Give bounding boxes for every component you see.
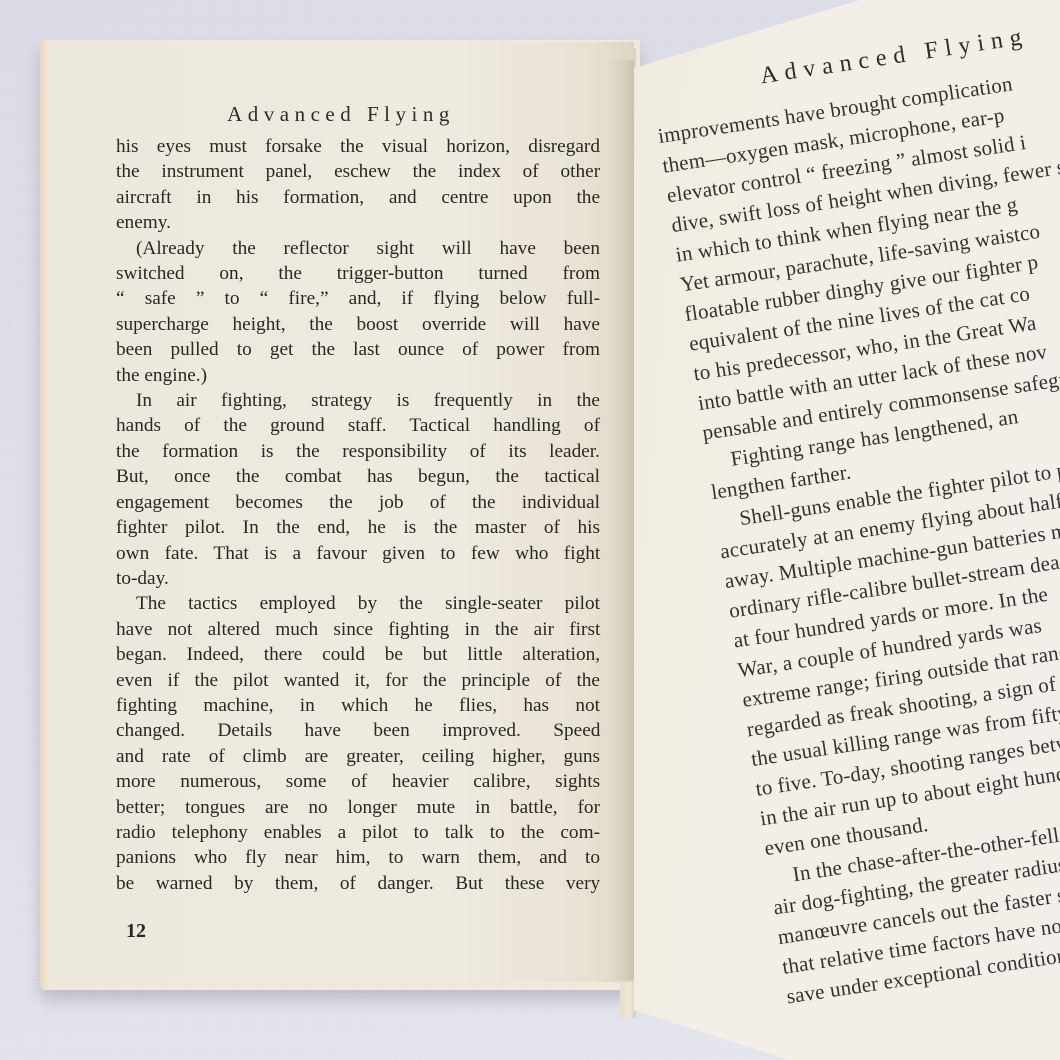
text-line: been pulled to get the last ounce of pow…	[116, 337, 600, 362]
text-line: hands of the ground staff. Tactical hand…	[116, 413, 600, 438]
page-number: 12	[126, 920, 146, 943]
text-line: radio telephony enables a pilot to talk …	[116, 820, 600, 845]
right-page-viewport: Advanced Flying improvements have brough…	[634, 0, 1060, 1060]
book-gutter	[608, 60, 634, 980]
text-line: fighting machine, in which he flies, has…	[116, 693, 600, 718]
text-line: But, once the combat has begun, the tact…	[116, 464, 600, 489]
text-line: own fate. That is a favour given to few …	[116, 541, 600, 566]
text-line: panions who fly near him, to warn them, …	[116, 845, 600, 870]
text-line: the formation is the responsibility of i…	[116, 439, 600, 464]
text-line: supercharge height, the boost override w…	[116, 312, 600, 337]
text-line: to-day.	[116, 566, 600, 591]
text-line: changed. Details have been improved. Spe…	[116, 718, 600, 743]
text-line: even if the pilot wanted it, for the pri…	[116, 668, 600, 693]
text-line: the engine.)	[116, 363, 600, 388]
right-page-body-text: Advanced Flying improvements have brough…	[656, 39, 1060, 1012]
text-line: the instrument panel, eschew the index o…	[116, 159, 600, 184]
text-line: have not altered much since fighting in …	[116, 617, 600, 642]
text-line: aircraft in his formation, and centre up…	[116, 185, 600, 210]
text-line: more numerous, some of heavier calibre, …	[116, 769, 600, 794]
text-line: be warned by them, of danger. But these …	[116, 871, 600, 896]
text-line: (Already the reflector sight will have b…	[116, 236, 600, 261]
text-line: The tactics employed by the single-seate…	[116, 591, 600, 616]
left-running-head: Advanced Flying	[48, 102, 634, 127]
left-page: Advanced Flying his eyes must forsake th…	[48, 42, 634, 982]
text-line: enemy.	[116, 210, 600, 235]
text-line: and rate of climb are greater, ceiling h…	[116, 744, 600, 769]
text-line: began. Indeed, there could be but little…	[116, 642, 600, 667]
text-line: switched on, the trigger-button turned f…	[116, 261, 600, 286]
text-line: his eyes must forsake the visual horizon…	[116, 134, 600, 159]
text-line: engagement becomes the job of the indivi…	[116, 490, 600, 515]
text-line: fighter pilot. In the end, he is the mas…	[116, 515, 600, 540]
text-line: In air fighting, strategy is frequently …	[116, 388, 600, 413]
left-page-body-text: his eyes must forsake the visual horizon…	[116, 134, 600, 896]
right-page: Advanced Flying improvements have brough…	[634, 0, 1060, 1060]
text-line: “ safe ” to “ fire,” and, if flying belo…	[116, 286, 600, 311]
text-line: better; tongues are no longer mute in ba…	[116, 795, 600, 820]
